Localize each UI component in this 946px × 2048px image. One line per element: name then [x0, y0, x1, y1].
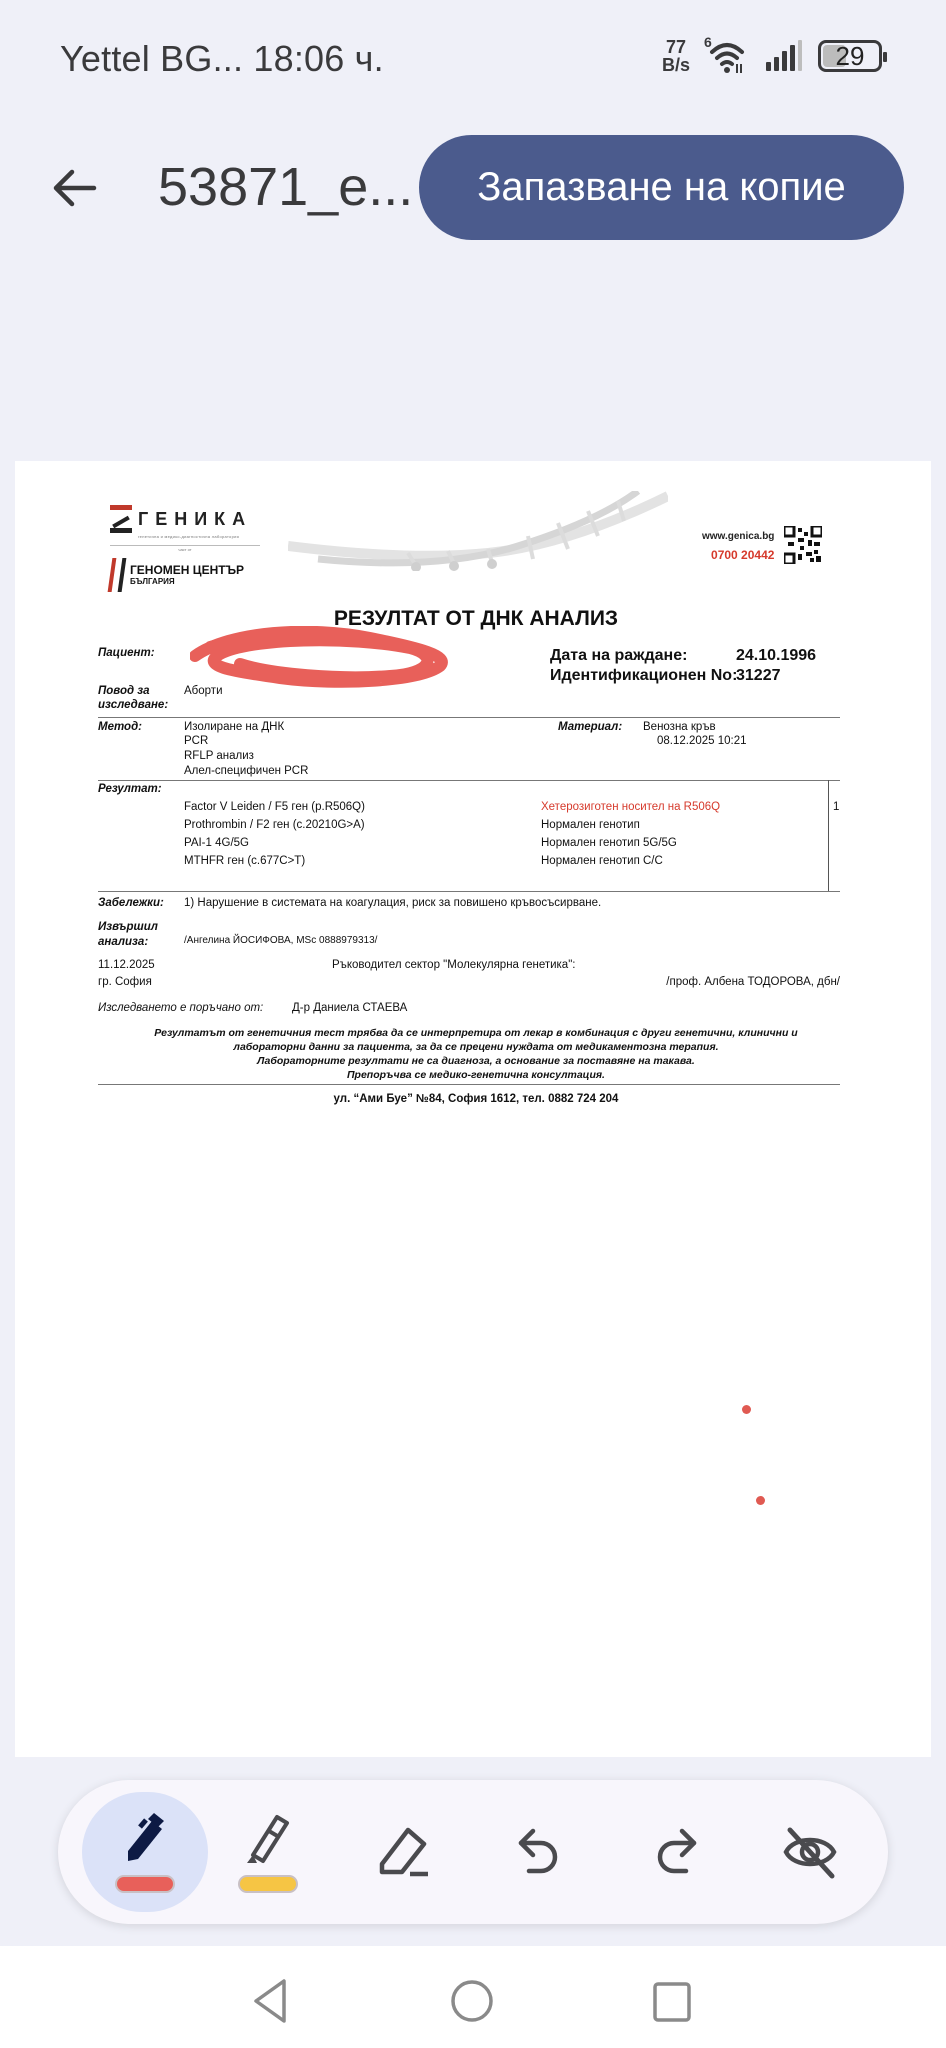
- birth-date-value: 24.10.1996: [736, 647, 816, 665]
- network-speed: 77 B/s: [662, 38, 690, 74]
- result-label: Резултат:: [98, 783, 162, 795]
- lab-phone: 0700 20442: [702, 548, 774, 562]
- navigation-bar: [0, 1946, 946, 2048]
- battery-icon: 29: [818, 40, 882, 72]
- pen-color-swatch[interactable]: [115, 1875, 175, 1893]
- report-date: 11.12.2025: [98, 959, 155, 971]
- eraser-icon: [374, 1822, 434, 1882]
- nav-home-button[interactable]: [447, 1976, 497, 2026]
- result-test: PAI-1 4G/5G: [184, 837, 249, 849]
- result-outcome: Нормален генотип: [541, 819, 640, 831]
- eye-off-icon: [780, 1822, 840, 1882]
- signal-icon: [764, 40, 804, 72]
- notes-value: 1) Нарушение в системата на коагулация, …: [184, 897, 601, 909]
- method-item: Изолиране на ДНК: [184, 721, 284, 733]
- redo-icon: [650, 1825, 700, 1879]
- file-title: 53871_e...: [158, 156, 413, 218]
- pen-tool-button[interactable]: [70, 1780, 220, 1924]
- genome-center-logo-icon: [108, 558, 127, 592]
- result-outcome: Нормален генотип C/C: [541, 855, 663, 867]
- result-test: Prothrombin / F2 ген (c.20210G>A): [184, 819, 365, 831]
- annotation-dot: [756, 1496, 765, 1505]
- result-note-marker: 1: [833, 801, 839, 813]
- pen-icon: [118, 1811, 172, 1865]
- footer-address: ул. “Ами Буе” №84, София 1612, тел. 0882…: [98, 1093, 854, 1105]
- status-bar: Yettel BG... 18:06 ч. 77 B/s 6 29: [0, 0, 946, 120]
- method-item: PCR: [184, 735, 208, 747]
- divider: [98, 780, 840, 781]
- app-bar: 53871_e... Запазване на копие: [0, 130, 946, 250]
- highlighter-tool-button[interactable]: [208, 1780, 328, 1924]
- annotation-dot: [742, 1405, 751, 1414]
- back-button[interactable]: [44, 158, 104, 218]
- nav-recents-button[interactable]: [647, 1976, 697, 2026]
- save-copy-button[interactable]: Запазване на копие: [419, 135, 904, 240]
- head-name: /проф. Албена ТОДОРОВА, дбн/: [666, 976, 840, 988]
- nav-back-button[interactable]: [245, 1976, 295, 2026]
- result-outcome: Нормален генотип 5G/5G: [541, 837, 677, 849]
- highlighter-color-swatch[interactable]: [238, 1875, 298, 1893]
- arrow-left-icon: [50, 166, 98, 210]
- circle-home-icon: [449, 1978, 495, 2024]
- method-item: RFLP анализ: [184, 750, 254, 762]
- dna-helix-illustration: [288, 491, 668, 571]
- qr-code-icon: [784, 526, 822, 564]
- result-test: MTHFR ген (c.677C>T): [184, 855, 305, 867]
- result-test: Factor V Leiden / F5 ген (p.R506Q): [184, 801, 365, 813]
- status-icons: 77 B/s 6 29: [662, 38, 882, 74]
- annotation-toolbar: [58, 1780, 888, 1924]
- redaction-scribble: [190, 626, 460, 688]
- method-item: Алел-специфичен PCR: [184, 765, 308, 777]
- result-outcome-flagged: Хетерозиготен носител на R506Q: [541, 801, 720, 813]
- genica-logo-icon: [110, 505, 132, 533]
- patient-label: Пациент:: [98, 647, 155, 659]
- triangle-back-icon: [250, 1978, 290, 2024]
- divider: [98, 717, 840, 718]
- notes-label: Забележки:: [98, 897, 164, 909]
- hide-annotations-button[interactable]: [750, 1780, 870, 1924]
- divider: [98, 1084, 840, 1085]
- performed-by: /Ангелина ЙОСИФОВА, MSc 0888979313/: [184, 935, 377, 946]
- redo-button[interactable]: [615, 1780, 735, 1924]
- birth-date-label: Дата на раждане:: [550, 647, 687, 665]
- undo-icon: [515, 1825, 565, 1879]
- divider: [98, 891, 840, 892]
- reason-label: Повод за: [98, 685, 150, 697]
- method-label: Метод:: [98, 721, 142, 733]
- report-city: гр. София: [98, 976, 152, 988]
- lab-contact: www.genica.bg 0700 20442: [702, 531, 774, 562]
- material-label: Материал:: [558, 721, 622, 733]
- square-recents-icon: [651, 1980, 693, 2022]
- highlighter-icon: [241, 1811, 295, 1865]
- id-value: 31227: [736, 667, 781, 685]
- lab-logo: ГЕНИКА генетична и медико-диагностична л…: [110, 505, 290, 592]
- eraser-tool-button[interactable]: [344, 1780, 464, 1924]
- material-datetime: 08.12.2025 10:21: [657, 735, 747, 747]
- performed-label: Извършил: [98, 921, 158, 933]
- disclaimer: Резултатът от генетичния тест трябва да …: [98, 1026, 854, 1082]
- material-value: Венозна кръв: [643, 721, 716, 733]
- wifi-icon: 6: [704, 38, 750, 74]
- document-page[interactable]: ГЕНИКА генетична и медико-диагностична л…: [15, 461, 931, 1757]
- head-label: Ръководител сектор "Молекулярна генетика…: [332, 959, 575, 971]
- id-label: Идентификационен No:: [550, 667, 737, 685]
- reason-value: Аборти: [184, 685, 223, 697]
- ordered-by: Д-р Даниела СТАЕВА: [292, 1002, 407, 1014]
- website-link[interactable]: www.genica.bg: [702, 531, 774, 542]
- ordered-label: Изследването е поръчано от:: [98, 1002, 263, 1014]
- undo-button[interactable]: [480, 1780, 600, 1924]
- carrier-time: Yettel BG... 18:06 ч.: [60, 38, 384, 80]
